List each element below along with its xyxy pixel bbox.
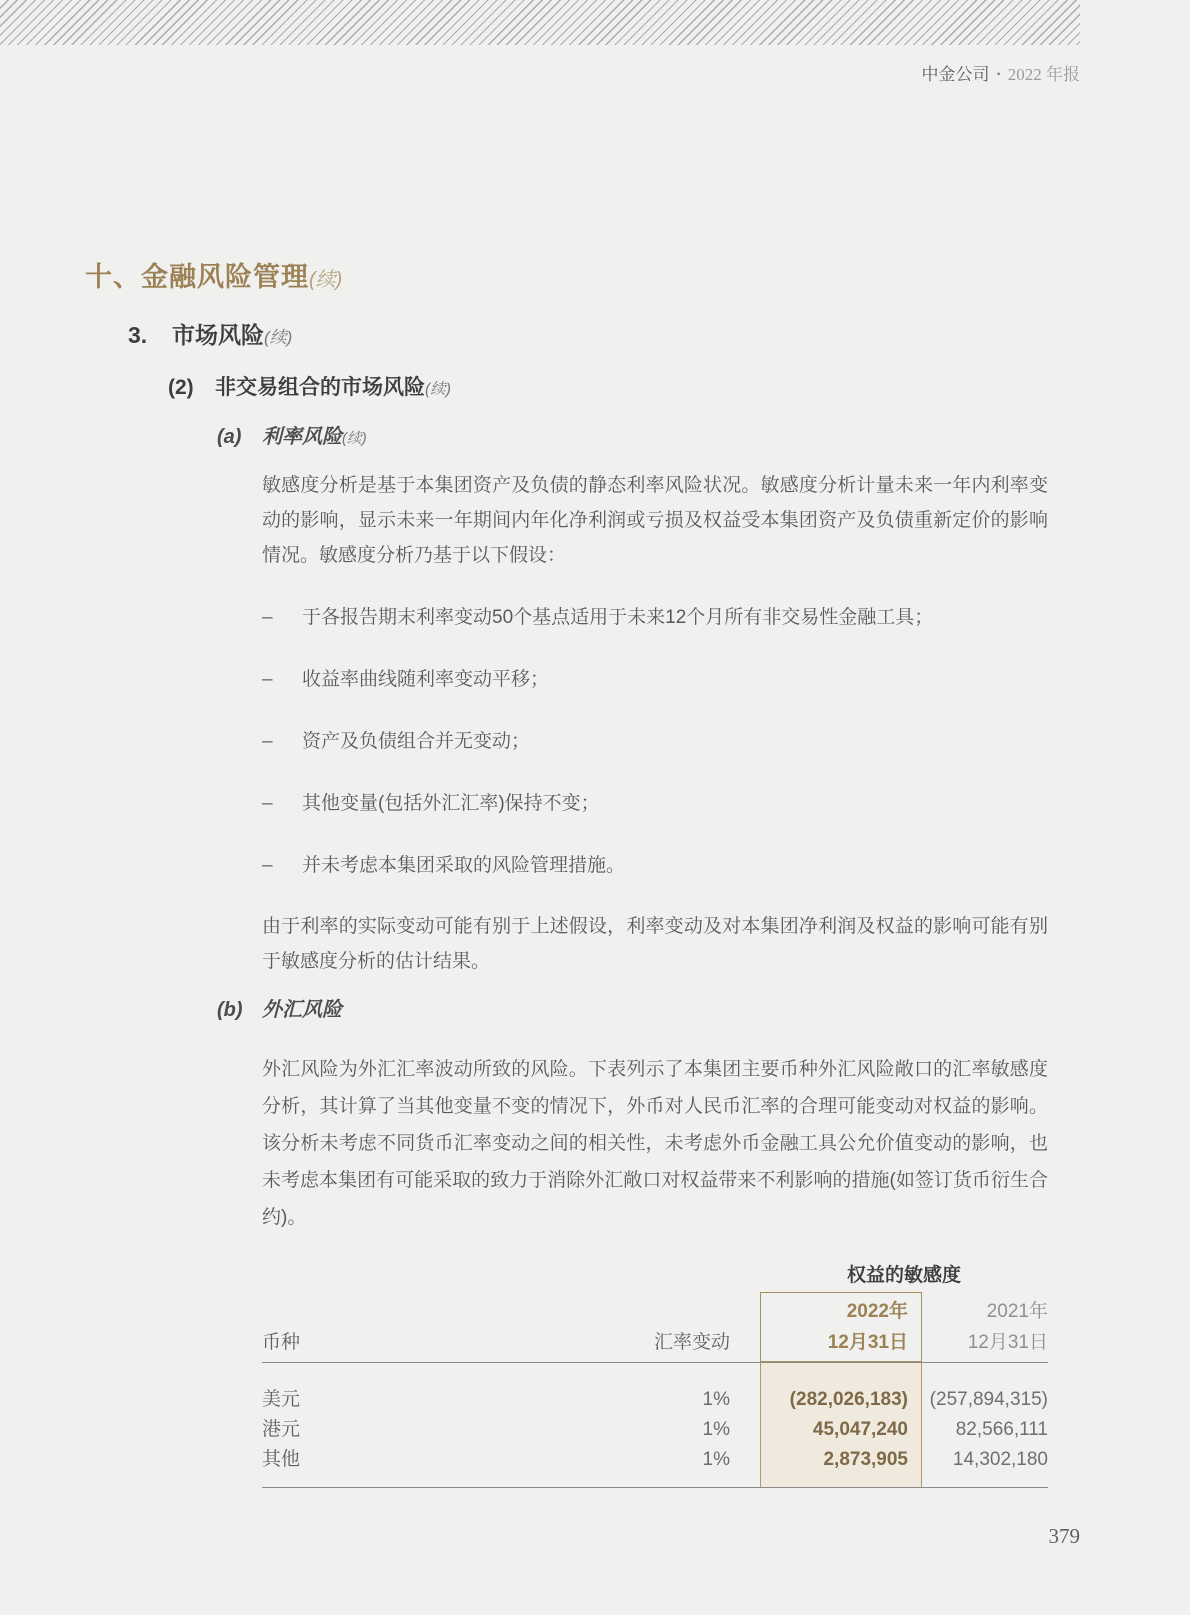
bullet-dash: –: [262, 848, 302, 883]
table-header-row-year: 2022年 2021年: [262, 1292, 1048, 1328]
bullet-dash: –: [262, 662, 302, 697]
subsection-heading-non-trading: (2) 非交易组合的市场风险(续): [168, 374, 1190, 403]
subsection-title: 利率风险(续): [262, 424, 367, 452]
subsection-number: 3.: [128, 321, 172, 352]
subsection-title-text: 利率风险: [262, 426, 342, 448]
assumption-text: 于各报告期末利率变动50个基点适用于未来12个月所有非交易性金融工具；: [302, 600, 933, 635]
col-header-2021-year: 2021年: [922, 1292, 1048, 1332]
value-2022-cell: (282,026,183): [760, 1385, 922, 1415]
currency-cell: 其他: [262, 1445, 562, 1475]
continued-marker: (续): [425, 381, 451, 398]
currency-cell: 港元: [262, 1415, 562, 1445]
assumption-text: 其他变量(包括外汇汇率)保持不变；: [302, 786, 600, 821]
paragraph-sensitivity-intro: 敏感度分析是基于本集团资产及负债的静态利率风险状况。敏感度分析计量未来一年内利率…: [262, 468, 1048, 573]
bullet-dash: –: [262, 786, 302, 821]
page-number: 379: [1049, 1524, 1081, 1549]
subsection-heading-market-risk: 3. 市场风险(续): [128, 321, 1190, 352]
col-header-rate-change: 汇率变动: [562, 1328, 730, 1362]
table-row-other: 其他 1% 2,873,905 14,302,180: [262, 1445, 1048, 1475]
subsection-number: (2): [168, 374, 215, 403]
subsection-heading-interest-rate-risk: (a) 利率风险(续): [217, 424, 1190, 452]
value-2021-cell: 14,302,180: [922, 1445, 1048, 1475]
col-header-2022-date: 12月31日: [760, 1328, 922, 1362]
table-caption: 权益的敏感度: [760, 1260, 1048, 1286]
table-body: 美元 1% (282,026,183) (257,894,315) 港元 1% …: [262, 1363, 1048, 1488]
subsection-number: (b): [217, 997, 262, 1023]
table-row-usd: 美元 1% (282,026,183) (257,894,315): [262, 1385, 1048, 1415]
assumption-text: 资产及负债组合并无变动；: [302, 724, 530, 759]
continued-marker: (续): [309, 269, 342, 291]
assumption-item: – 资产及负债组合并无变动；: [262, 724, 1048, 759]
rate-change-cell: 1%: [562, 1385, 730, 1415]
assumption-item: – 于各报告期末利率变动50个基点适用于未来12个月所有非交易性金融工具；: [262, 600, 1048, 635]
rate-change-cell: 1%: [562, 1415, 730, 1445]
content-area: 十、金融风险管理(续) 3. 市场风险(续) (2) 非交易组合的市场风险(续)…: [0, 260, 1190, 1488]
report-edition: 2022 年报: [1008, 65, 1080, 84]
subsection-title: 市场风险(续): [172, 321, 292, 352]
rate-change-cell: 1%: [562, 1445, 730, 1475]
subsection-title-text: 市场风险: [172, 322, 264, 348]
subsection-heading-fx-risk: (b) 外汇风险: [217, 997, 1190, 1023]
subsection-title-text: 外汇风险: [262, 997, 342, 1023]
bullet-dash: –: [262, 724, 302, 759]
value-2022-cell: 45,047,240: [760, 1415, 922, 1445]
paragraph-disclaimer: 由于利率的实际变动可能有别于上述假设，利率变动及对本集团净利润及权益的影响可能有…: [262, 909, 1048, 979]
section-heading: 十、金融风险管理(续): [85, 260, 1190, 297]
col-header-currency: 币种: [262, 1328, 562, 1362]
header-separator-dot: •: [997, 67, 1001, 81]
value-2021-cell: (257,894,315): [922, 1385, 1048, 1415]
section-heading-text: 十、金融风险管理: [85, 262, 309, 292]
assumption-text: 收益率曲线随利率变动平移；: [302, 662, 549, 697]
col-header-2022-year: 2022年: [760, 1292, 922, 1332]
continued-marker: (续): [264, 328, 292, 347]
hatch-band: [0, 0, 1080, 45]
col-header-2021-date: 12月31日: [922, 1328, 1048, 1362]
assumption-text: 并未考虑本集团采取的风险管理措施。: [302, 848, 625, 883]
table-header: 2022年 2021年 币种 汇率变动 12月31日 12月31日: [262, 1292, 1048, 1363]
bullet-dash: –: [262, 600, 302, 635]
value-2022-cell: 2,873,905: [760, 1445, 922, 1475]
subsection-number: (a): [217, 424, 262, 452]
subsection-title: 非交易组合的市场风险(续): [215, 374, 451, 403]
table-row-hkd: 港元 1% 45,047,240 82,566,111: [262, 1415, 1048, 1445]
paragraph-fx-intro: 外汇风险为外汇汇率波动所致的风险。下表列示了本集团主要币种外汇风险敞口的汇率敏感…: [262, 1051, 1048, 1236]
fx-sensitivity-table: 权益的敏感度 2022年 2021年 币种 汇率变动 12月31日 12月31日: [262, 1260, 1048, 1488]
value-2021-cell: 82,566,111: [922, 1415, 1048, 1445]
running-header: 中金公司•2022 年报: [922, 60, 1080, 85]
assumption-item: – 并未考虑本集团采取的风险管理措施。: [262, 848, 1048, 883]
continued-marker: (续): [342, 431, 367, 447]
document-page: 中金公司•2022 年报 十、金融风险管理(续) 3. 市场风险(续) (2) …: [0, 0, 1190, 1615]
company-name: 中金公司: [922, 65, 990, 84]
assumption-item: – 其他变量(包括外汇汇率)保持不变；: [262, 786, 1048, 821]
subsection-title-text: 非交易组合的市场风险: [215, 376, 425, 399]
assumption-item: – 收益率曲线随利率变动平移；: [262, 662, 1048, 697]
currency-cell: 美元: [262, 1385, 562, 1415]
table-header-row-labels: 币种 汇率变动 12月31日 12月31日: [262, 1328, 1048, 1362]
